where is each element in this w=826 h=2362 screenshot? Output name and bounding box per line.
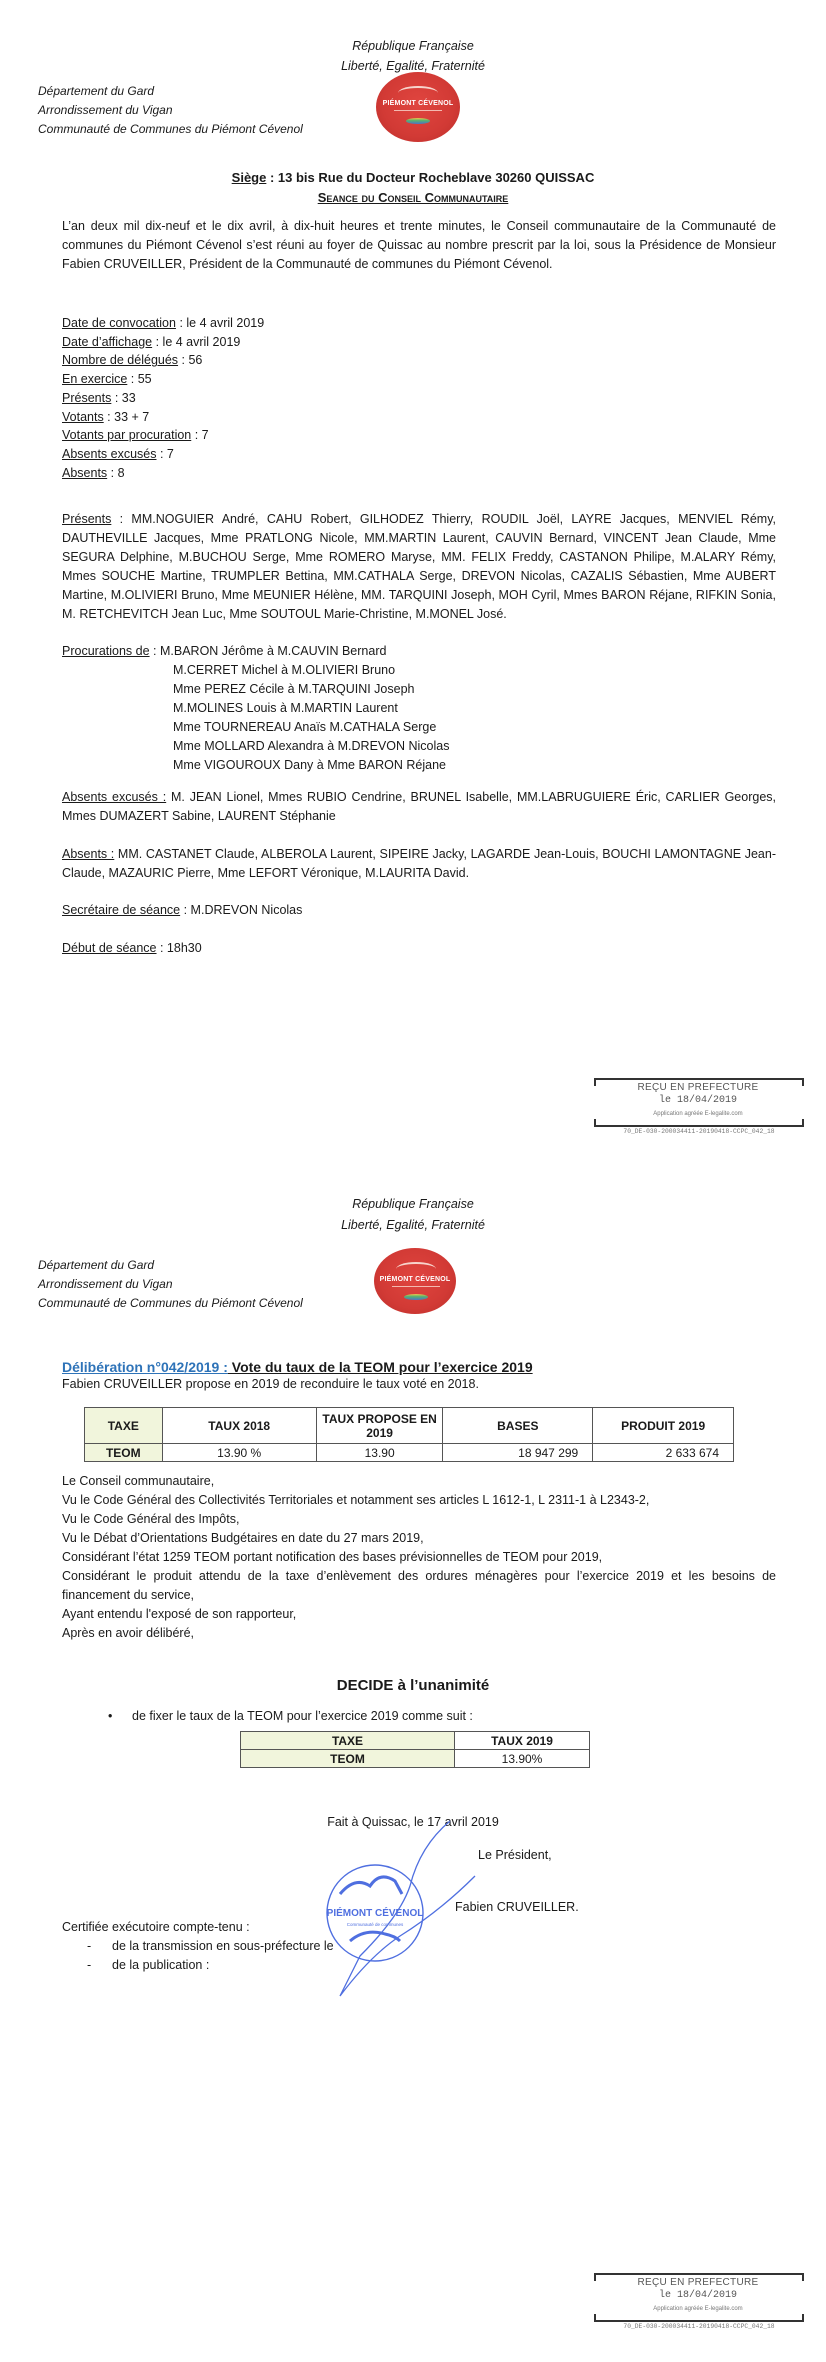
prefecture-stamp: REÇU EN PREFECTURE le 18/04/2019 Applica… xyxy=(592,1078,810,1140)
procuration-item: Mme VIGOUROUX Dany à Mme BARON Réjane xyxy=(62,756,449,775)
republic-heading: République Française xyxy=(0,1194,826,1214)
stat-affichage: Date d’affichage : le 4 avril 2019 xyxy=(62,333,264,352)
absents-paragraph: Absents : MM. CASTANET Claude, ALBEROLA … xyxy=(62,845,776,883)
org-department: Département du Gard xyxy=(38,82,303,101)
certification-block: Certifiée exécutoire compte-tenu : -de l… xyxy=(62,1918,334,1975)
stat-absents: Absents : 8 xyxy=(62,464,264,483)
procuration-item: Mme PEREZ Cécile à M.TARQUINI Joseph xyxy=(62,680,449,699)
deliberation-subject: Vote du taux de la TEOM pour l’exercice … xyxy=(228,1359,533,1375)
organisation-block: Département du Gard Arrondissement du Vi… xyxy=(38,82,303,139)
certification-item: -de la publication : xyxy=(62,1956,334,1975)
consideration-line: Considérant l’état 1259 TEOM portant not… xyxy=(62,1548,776,1567)
consideration-line: Vu le Code Général des Collectivités Ter… xyxy=(62,1491,776,1510)
deliberation-intro: Fabien CRUVEILLER propose en 2019 de rec… xyxy=(62,1377,479,1391)
consideration-line: Considérant le produit attendu de la tax… xyxy=(62,1567,776,1605)
considerations-block: Le Conseil communautaire, Vu le Code Gén… xyxy=(62,1472,776,1643)
consideration-line: Vu le Code Général des Impôts, xyxy=(62,1510,776,1529)
procuration-item: Procurations de : M.BARON Jérôme à M.CAU… xyxy=(62,642,449,661)
president-name: Fabien CRUVEILLER. xyxy=(455,1900,579,1914)
teom-proposal-table: TAXE TAUX 2018 TAUX PROPOSE EN 2019 BASE… xyxy=(84,1407,734,1462)
stamp-title: REÇU EN PREFECTURE xyxy=(592,2277,804,2288)
table-header-row: TAXE TAUX 2018 TAUX PROPOSE EN 2019 BASE… xyxy=(85,1408,734,1444)
svg-text:Communauté de communes: Communauté de communes xyxy=(347,1922,404,1927)
consideration-line: Ayant entendu l'exposé de son rapporteur… xyxy=(62,1605,776,1624)
bullet-icon: • xyxy=(108,1709,132,1723)
logo-underline xyxy=(392,1286,440,1287)
stat-absents-excuses: Absents excusés : 7 xyxy=(62,445,264,464)
table-row: TEOM 13.90% xyxy=(241,1750,590,1768)
republic-heading: République Française xyxy=(0,36,826,56)
deliberation-title: Délibération n°042/2019 : Vote du taux d… xyxy=(62,1359,533,1375)
org-arrondissement: Arrondissement du Vigan xyxy=(38,1275,303,1294)
stat-en-exercice: En exercice : 55 xyxy=(62,370,264,389)
table-row: TEOM 13.90 % 13.90 18 947 299 2 633 674 xyxy=(85,1444,734,1462)
siege-label: Siège xyxy=(232,170,267,185)
rainbow-wave-icon xyxy=(406,118,430,124)
procurations-block: Procurations de : M.BARON Jérôme à M.CAU… xyxy=(62,642,449,775)
stamp-title: REÇU EN PREFECTURE xyxy=(592,1082,804,1093)
procuration-item: Mme TOURNEREAU Anaïs M.CATHALA Serge xyxy=(62,718,449,737)
org-community: Communauté de Communes du Piémont Céveno… xyxy=(38,1294,303,1313)
table-header-row: TAXE TAUX 2019 xyxy=(241,1732,590,1750)
secretaire-line: Secrétaire de séance : M.DREVON Nicolas xyxy=(62,901,776,920)
stat-convocation: Date de convocation : le 4 avril 2019 xyxy=(62,314,264,333)
siege-value: : 13 bis Rue du Docteur Rocheblave 30260… xyxy=(266,170,594,185)
procuration-item: M.CERRET Michel à M.OLIVIERI Bruno xyxy=(62,661,449,680)
piemont-cevenol-logo: PIÉMONT CÉVENOL xyxy=(374,1248,456,1314)
decision-bullet: •de fixer le taux de la TEOM pour l’exer… xyxy=(108,1709,473,1723)
stamp-reference: 70_DE-030-200034411-20190418-CCPC_042_18 xyxy=(592,1128,806,1135)
presents-paragraph: Présents : MM.NOGUIER André, CAHU Robert… xyxy=(62,510,776,624)
piemont-cevenol-logo: PIÉMONT CÉVENOL xyxy=(376,72,460,142)
president-title: Le Président, xyxy=(478,1848,552,1862)
stat-votants: Votants : 33 + 7 xyxy=(62,408,264,427)
stamp-application: Application agréée E-legalite.com xyxy=(592,2306,804,2312)
consideration-line: Vu le Débat d’Orientations Budgétaires e… xyxy=(62,1529,776,1548)
deliberation-number: Délibération n°042/2019 : xyxy=(62,1359,228,1375)
rainbow-wave-icon xyxy=(404,1294,428,1300)
stamp-date: le 18/04/2019 xyxy=(592,1095,804,1106)
org-department: Département du Gard xyxy=(38,1256,303,1275)
stat-presents: Présents : 33 xyxy=(62,389,264,408)
procuration-item: M.MOLINES Louis à M.MARTIN Laurent xyxy=(62,699,449,718)
meeting-stats: Date de convocation : le 4 avril 2019 Da… xyxy=(62,314,264,482)
certification-title: Certifiée exécutoire compte-tenu : xyxy=(62,1918,334,1937)
stamp-reference: 70_DE-030-200034411-20190418-CCPC_042_18 xyxy=(592,2323,806,2330)
intro-paragraph: L’an deux mil dix-neuf et le dix avril, … xyxy=(62,217,776,274)
mountain-icon xyxy=(398,86,438,100)
motto: Liberté, Egalité, Fraternité xyxy=(0,1215,826,1235)
stat-delegues: Nombre de délégués : 56 xyxy=(62,351,264,370)
stamp-application: Application agréée E-legalite.com xyxy=(592,1111,804,1117)
org-community: Communauté de Communes du Piémont Céveno… xyxy=(38,120,303,139)
teom-rate-table: TAXE TAUX 2019 TEOM 13.90% xyxy=(240,1731,590,1768)
logo-underline xyxy=(394,110,442,111)
certification-item: -de la transmission en sous-préfecture l… xyxy=(62,1937,334,1956)
mountain-icon xyxy=(396,1262,436,1276)
seance-title: Seance du Conseil Communautaire xyxy=(0,190,826,205)
debut-seance-line: Début de séance : 18h30 xyxy=(62,939,776,958)
svg-text:PIÉMONT CÉVENOL: PIÉMONT CÉVENOL xyxy=(327,1906,424,1919)
absents-excuses-paragraph: Absents excusés : M. JEAN Lionel, Mmes R… xyxy=(62,788,776,826)
consideration-line: Le Conseil communautaire, xyxy=(62,1472,776,1491)
logo-text: PIÉMONT CÉVENOL xyxy=(376,100,460,107)
organisation-block: Département du Gard Arrondissement du Vi… xyxy=(38,1256,303,1313)
official-seal-signature-icon: PIÉMONT CÉVENOL Communauté de communes xyxy=(300,1816,490,2016)
page-2-deliberation: République Française Liberté, Egalité, F… xyxy=(0,1160,826,2362)
prefecture-stamp: REÇU EN PREFECTURE le 18/04/2019 Applica… xyxy=(592,2273,810,2335)
consideration-line: Après en avoir délibéré, xyxy=(62,1624,776,1643)
decision-heading: DECIDE à l’unanimité xyxy=(0,1677,826,1694)
procuration-item: Mme MOLLARD Alexandra à M.DREVON Nicolas xyxy=(62,737,449,756)
stamp-date: le 18/04/2019 xyxy=(592,2290,804,2301)
org-arrondissement: Arrondissement du Vigan xyxy=(38,101,303,120)
siege-address: Siège : 13 bis Rue du Docteur Rocheblave… xyxy=(0,170,826,185)
stat-votants-procuration: Votants par procuration : 7 xyxy=(62,426,264,445)
logo-text: PIÉMONT CÉVENOL xyxy=(374,1276,456,1283)
page-1-seance: République Française Liberté, Egalité, F… xyxy=(0,0,826,1160)
